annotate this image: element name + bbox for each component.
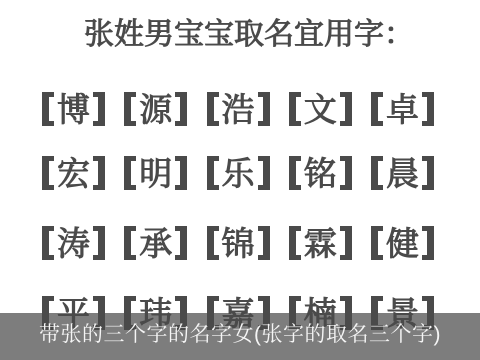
right-bracket-icon — [340, 156, 352, 190]
bracketed-char: 铭 — [289, 156, 352, 190]
image-canvas: 张姓男宝宝取名宜用字： 博 源 浩 文 卓 宏 明 乐 铭 晨 涛 承 锦 霖 … — [0, 0, 480, 360]
left-bracket-icon — [207, 156, 219, 190]
right-bracket-icon — [340, 226, 352, 260]
left-bracket-icon — [124, 226, 136, 260]
caption-text: 带张的三个字的名字女(张字的取名三个字) — [0, 318, 480, 348]
bracketed-char: 承 — [124, 226, 187, 260]
bracketed-char: 健 — [371, 226, 434, 260]
name-char: 文 — [304, 93, 337, 126]
name-char: 锦 — [222, 227, 255, 260]
name-char: 宏 — [57, 157, 90, 190]
right-bracket-icon — [340, 92, 352, 126]
left-bracket-icon — [371, 92, 383, 126]
name-char: 铭 — [304, 157, 337, 190]
name-char: 涛 — [57, 227, 90, 260]
name-char: 健 — [386, 227, 419, 260]
name-char: 霖 — [304, 227, 337, 260]
bracketed-char: 卓 — [371, 92, 434, 126]
right-bracket-icon — [422, 156, 434, 190]
right-bracket-icon — [93, 92, 105, 126]
left-bracket-icon — [207, 92, 219, 126]
bracketed-char: 锦 — [207, 226, 270, 260]
name-char: 承 — [139, 227, 172, 260]
right-bracket-icon — [422, 92, 434, 126]
name-char: 博 — [57, 93, 90, 126]
name-char: 浩 — [222, 93, 255, 126]
left-bracket-icon — [42, 156, 54, 190]
char-row-1: 博 源 浩 文 卓 — [42, 88, 434, 130]
right-bracket-icon — [258, 92, 270, 126]
bracketed-char: 乐 — [207, 156, 270, 190]
bracketed-char: 宏 — [42, 156, 105, 190]
bracketed-char: 博 — [42, 92, 105, 126]
bracketed-char: 晨 — [371, 156, 434, 190]
name-char: 晨 — [386, 157, 419, 190]
right-bracket-icon — [93, 156, 105, 190]
bracketed-char: 涛 — [42, 226, 105, 260]
left-bracket-icon — [371, 226, 383, 260]
bracketed-char: 霖 — [289, 226, 352, 260]
name-char: 源 — [139, 93, 172, 126]
right-bracket-icon — [258, 226, 270, 260]
left-bracket-icon — [207, 226, 219, 260]
left-bracket-icon — [289, 156, 301, 190]
right-bracket-icon — [93, 226, 105, 260]
name-char: 明 — [139, 157, 172, 190]
page-title: 张姓男宝宝取名宜用字： — [84, 18, 414, 53]
char-row-3: 涛 承 锦 霖 健 — [42, 222, 434, 264]
name-char: 卓 — [386, 93, 419, 126]
right-bracket-icon — [175, 92, 187, 126]
left-bracket-icon — [42, 92, 54, 126]
right-bracket-icon — [175, 156, 187, 190]
bracketed-char: 浩 — [207, 92, 270, 126]
left-bracket-icon — [289, 92, 301, 126]
name-char: 乐 — [222, 157, 255, 190]
right-bracket-icon — [422, 226, 434, 260]
bracketed-char: 明 — [124, 156, 187, 190]
left-bracket-icon — [42, 226, 54, 260]
char-row-2: 宏 明 乐 铭 晨 — [42, 152, 434, 194]
left-bracket-icon — [289, 226, 301, 260]
left-bracket-icon — [371, 156, 383, 190]
right-bracket-icon — [175, 226, 187, 260]
left-bracket-icon — [124, 92, 136, 126]
right-bracket-icon — [258, 156, 270, 190]
bracketed-char: 源 — [124, 92, 187, 126]
bracketed-char: 文 — [289, 92, 352, 126]
left-bracket-icon — [124, 156, 136, 190]
